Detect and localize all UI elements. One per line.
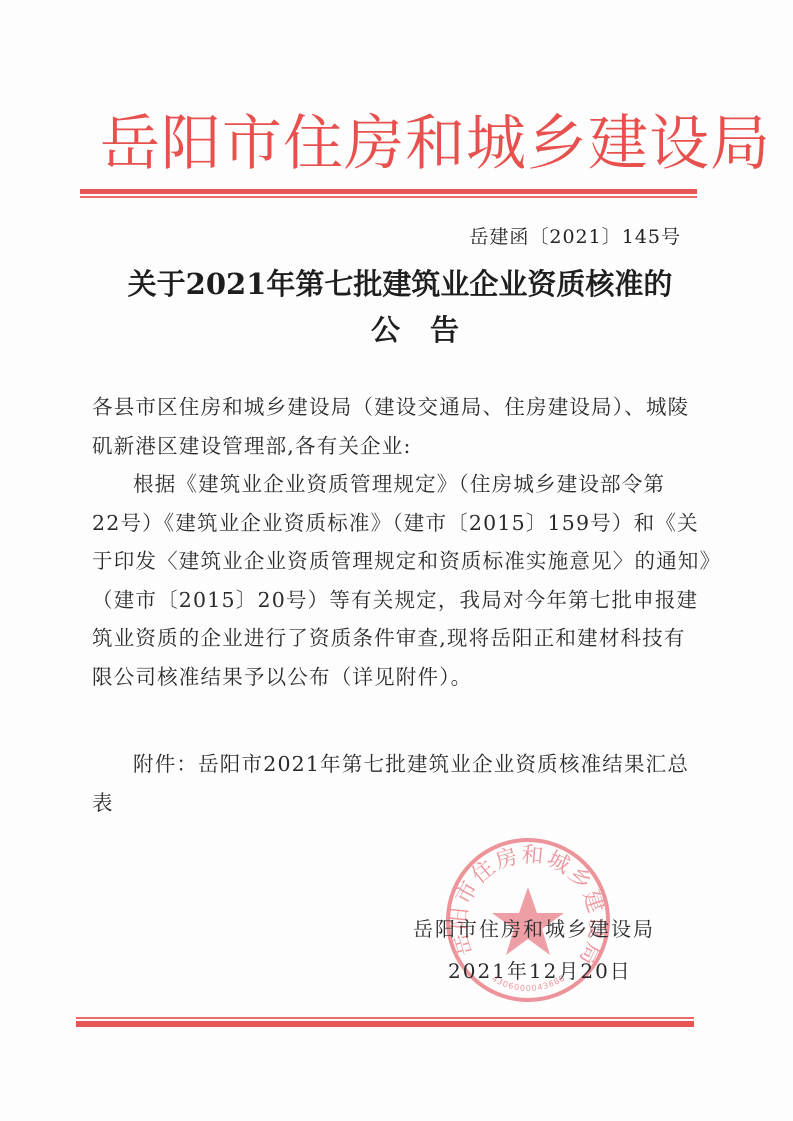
document-page: 岳阳市住房和城乡建设局 岳建函〔2021〕145号 关于2021年第七批建筑业企… <box>0 0 793 1121</box>
addressee-line: 矶新港区建设管理部,各有关企业: <box>92 427 712 466</box>
document-number: 岳建函〔2021〕145号 <box>469 222 681 249</box>
header-rule-thick <box>80 189 697 194</box>
signature-org: 岳阳市住房和城乡建设局 <box>413 913 655 942</box>
footer-rule-thick <box>76 1021 694 1027</box>
attachment-line: 附件：岳阳市2021年第七批建筑业企业资质核准结果汇总 <box>92 745 712 784</box>
attachment-line: 表 <box>92 784 712 823</box>
footer-rule-thin <box>76 1017 694 1019</box>
signature-date: 2021年12月20日 <box>448 955 632 984</box>
body-line: 限公司核准结果予以公布（详见附件）。 <box>92 658 712 697</box>
document-title-announcement: 公告 <box>80 308 750 349</box>
body-line: 根据《建筑业企业资质管理规定》（住房城乡建设部令第 <box>92 465 712 504</box>
document-title: 关于2021年第七批建筑业企业资质核准的 <box>80 262 720 303</box>
attachment-note: 附件：岳阳市2021年第七批建筑业企业资质核准结果汇总 表 <box>92 745 712 822</box>
body-line: 筑业资质的企业进行了资质条件审查,现将岳阳正和建材科技有 <box>92 619 712 658</box>
org-letterhead: 岳阳市住房和城乡建设局 <box>100 108 690 180</box>
body-line: 于印发〈建筑业企业资质管理规定和资质标准实施意见〉的通知》 <box>92 542 712 581</box>
header-rule-thin <box>80 196 697 198</box>
addressee: 各县市区住房和城乡建设局（建设交通局、住房建设局）、城陵 矶新港区建设管理部,各… <box>92 388 712 465</box>
addressee-line: 各县市区住房和城乡建设局（建设交通局、住房建设局）、城陵 <box>92 388 712 427</box>
body-paragraph: 根据《建筑业企业资质管理规定》（住房城乡建设部令第 22号）《建筑业企业资质标准… <box>92 465 712 696</box>
body-line: （建市〔2015〕20号）等有关规定，我局对今年第七批申报建 <box>92 581 712 620</box>
body-line: 22号）《建筑业企业资质标准》（建市〔2015〕159号）和《关 <box>92 504 712 543</box>
